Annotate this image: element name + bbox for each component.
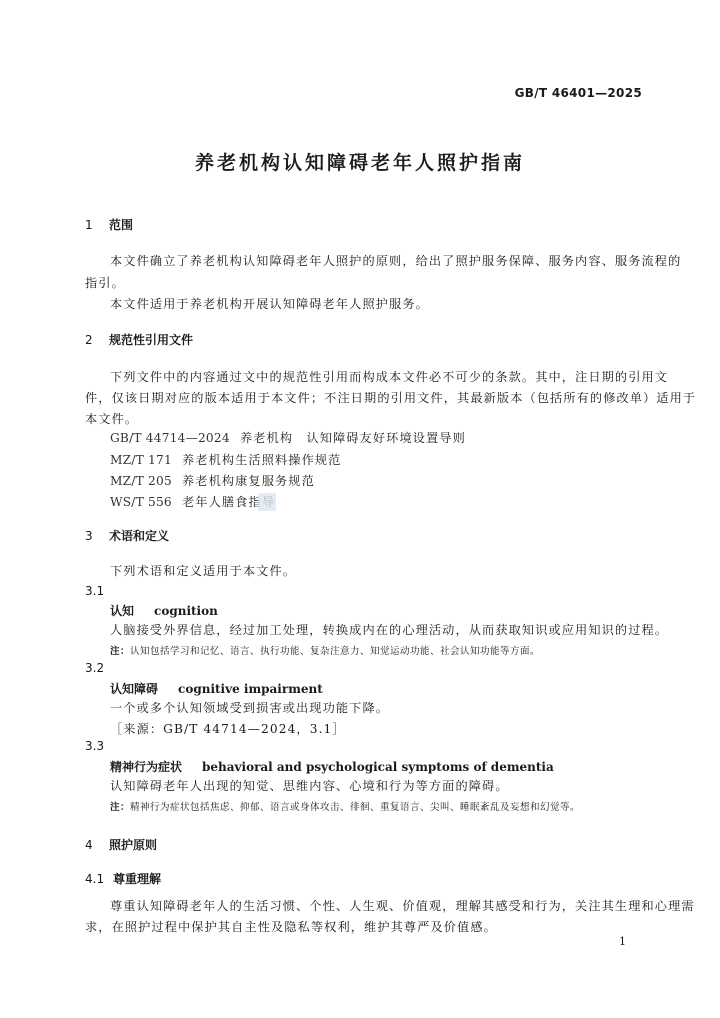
reference-name: 养老机构 认知障碍友好环境设置导则 bbox=[240, 431, 466, 445]
section-heading-scope: 1范围 bbox=[85, 216, 133, 233]
paragraph-line: 本文件。 bbox=[85, 408, 138, 430]
reference-code: MZ/T 171 bbox=[110, 453, 182, 467]
reference-name: 养老机构生活照料操作规范 bbox=[182, 453, 341, 467]
section-number: 4 bbox=[85, 838, 109, 852]
note-text: 认知包括学习和记忆、语言、执行功能、复杂注意力、知觉运动功能、社会认知功能等方面… bbox=[130, 646, 540, 657]
document-page: GB/T 46401—2025 养老机构认知障碍老年人照护指南 1范围 本文件确… bbox=[0, 0, 720, 1018]
paragraph-line: 求，在照护过程中保护其自主性及隐私等权利，维护其尊严及价值感。 bbox=[85, 916, 497, 938]
term-definition: 认知障碍老年人出现的知觉、思维内容、心境和行为等方面的障碍。 bbox=[110, 775, 509, 797]
paragraph-line: 本文件适用于养老机构开展认知障碍老年人照护服务。 bbox=[110, 293, 429, 315]
term-source: ［来源：GB/T 44714—2024，3.1］ bbox=[110, 718, 346, 740]
term-note: 注：认知包括学习和记忆、语言、执行功能、复杂注意力、知觉运动功能、社会认知功能等… bbox=[110, 643, 540, 657]
section-heading-normative-references: 2规范性引用文件 bbox=[85, 331, 193, 348]
clause-number: 3.2 bbox=[85, 661, 104, 675]
page-number: 1 bbox=[619, 935, 626, 948]
reference-item: WS/T 556老年人膳食指导 bbox=[110, 493, 275, 510]
clause-number: 3.3 bbox=[85, 739, 104, 753]
paragraph-line: 件，仅该日期对应的版本适用于本文件；不注日期的引用文件，其最新版本（包括所有的修… bbox=[85, 387, 696, 409]
section-title: 范围 bbox=[109, 218, 133, 232]
note-label: 注： bbox=[110, 802, 130, 813]
paragraph-line: 下列文件中的内容通过文中的规范性引用而构成本文件必不可少的条款。其中，注日期的引… bbox=[110, 366, 668, 388]
section-number: 2 bbox=[85, 333, 109, 347]
term-en: cognitive impairment bbox=[178, 682, 323, 696]
term-definition: 人脑接受外界信息，经过加工处理，转换成内在的心理活动，从而获取知识或应用知识的过… bbox=[110, 619, 668, 641]
clause-number: 3.1 bbox=[85, 584, 104, 598]
section-heading-care-principles: 4照护原则 bbox=[85, 836, 157, 853]
reference-name: 养老机构康复服务规范 bbox=[182, 474, 315, 488]
standard-number: GB/T 46401—2025 bbox=[515, 86, 642, 100]
section-title: 术语和定义 bbox=[109, 529, 169, 543]
reference-code: GB/T 44714—2024 bbox=[110, 431, 240, 445]
note-text: 精神行为症状包括焦虑、抑郁、语言或身体攻击、徘徊、重复语言、尖叫、睡眠紊乱及妄想… bbox=[130, 802, 580, 813]
note-label: 注： bbox=[110, 646, 130, 657]
term-entry: 精神行为症状behavioral and psychological sympt… bbox=[110, 758, 554, 775]
subsection-title: 尊重理解 bbox=[113, 872, 161, 886]
document-title: 养老机构认知障碍老年人照护指南 bbox=[0, 148, 720, 175]
reference-item: MZ/T 205养老机构康复服务规范 bbox=[110, 472, 315, 489]
term-definition: 一个或多个认知领域受到损害或出现功能下降。 bbox=[110, 697, 389, 719]
section-title: 照护原则 bbox=[109, 838, 157, 852]
term-entry: 认知cognition bbox=[110, 602, 218, 619]
section-title: 规范性引用文件 bbox=[109, 333, 193, 347]
paragraph-line: 下列术语和定义适用于本文件。 bbox=[110, 560, 296, 582]
term-note: 注：精神行为症状包括焦虑、抑郁、语言或身体攻击、徘徊、重复语言、尖叫、睡眠紊乱及… bbox=[110, 799, 580, 813]
paragraph-line: 本文件确立了养老机构认知障碍老年人照护的原则，给出了照护服务保障、服务内容、服务… bbox=[110, 250, 681, 272]
term-zh: 认知障碍 bbox=[110, 682, 158, 696]
section-heading-terms: 3术语和定义 bbox=[85, 527, 169, 544]
term-entry: 认知障碍cognitive impairment bbox=[110, 680, 323, 697]
term-en: behavioral and psychological symptoms of… bbox=[202, 760, 554, 774]
term-zh: 精神行为症状 bbox=[110, 760, 182, 774]
watermark-icon bbox=[258, 493, 276, 511]
reference-item: GB/T 44714—2024养老机构 认知障碍友好环境设置导则 bbox=[110, 429, 466, 446]
paragraph-line: 尊重认知障碍老年人的生活习惯、个性、人生观、价值观，理解其感受和行为，关注其生理… bbox=[110, 895, 695, 917]
section-number: 1 bbox=[85, 218, 109, 232]
reference-code: WS/T 556 bbox=[110, 495, 182, 509]
paragraph-line: 指引。 bbox=[85, 272, 125, 294]
section-number: 3 bbox=[85, 529, 109, 543]
term-zh: 认知 bbox=[110, 604, 134, 618]
subsection-number: 4.1 bbox=[85, 872, 113, 886]
term-en: cognition bbox=[154, 604, 218, 618]
reference-code: MZ/T 205 bbox=[110, 474, 182, 488]
reference-item: MZ/T 171养老机构生活照料操作规范 bbox=[110, 451, 341, 468]
subsection-heading-respect: 4.1尊重理解 bbox=[85, 870, 161, 887]
